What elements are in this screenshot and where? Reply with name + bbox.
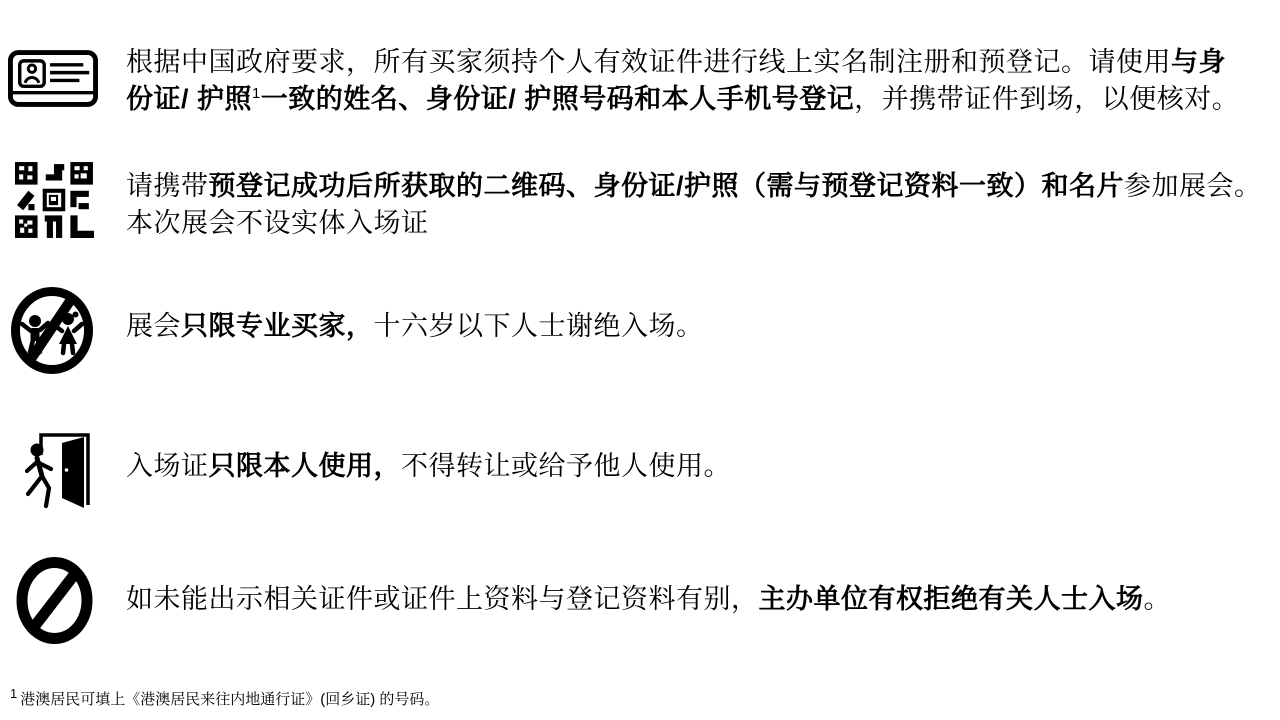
notice-text-personal-use: 入场证只限本人使用，不得转让或给予他人使用。 xyxy=(126,448,731,485)
footnote-text: 港澳居民可填上《港澳居民来往内地通行证》(回乡证) 的号码。 xyxy=(20,691,439,708)
qr-code-icon xyxy=(15,162,95,238)
id-card-icon xyxy=(8,50,98,107)
notice-page: 根据中国政府要求，所有买家须持个人有效证件进行线上实名制注册和预登记。请使用与身… xyxy=(0,0,1280,720)
no-entry-icon xyxy=(15,556,94,645)
notice-text-qr-code: 请携带预登记成功后所获取的二维码、身份证/护照（需与预登记资料一致）和名片参加展… xyxy=(126,168,1262,242)
notice-text-age-limit: 展会只限专业买家，十六岁以下人士谢绝入场。 xyxy=(126,308,704,345)
no-children-icon xyxy=(10,287,94,374)
notice-text-refuse-entry: 如未能出示相关证件或证件上资料与登记资料有别，主办单位有权拒绝有关人士入场。 xyxy=(126,581,1171,618)
notice-text-registration: 根据中国政府要求，所有买家须持个人有效证件进行线上实名制注册和预登记。请使用与身… xyxy=(126,44,1239,118)
footnote: 1港澳居民可填上《港澳居民来往内地通行证》(回乡证) 的号码。 xyxy=(10,690,439,710)
footnote-marker: 1 xyxy=(10,686,17,701)
door-entry-icon xyxy=(22,430,96,514)
